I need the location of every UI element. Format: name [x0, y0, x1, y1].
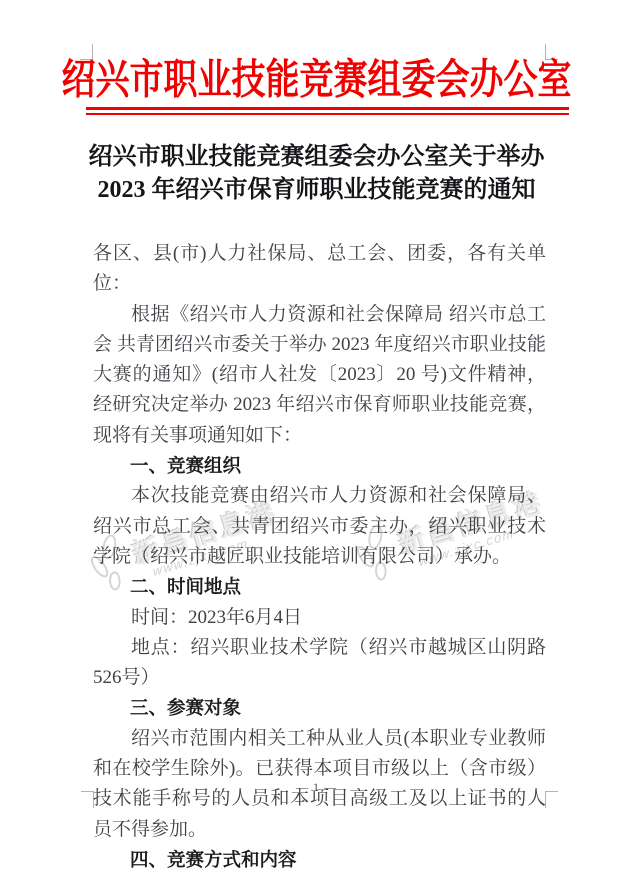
section-heading-2: 二、时间地点 — [93, 572, 546, 602]
section-1-paragraph: 本次技能竞赛由绍兴市人力资源和社会保障局、绍兴市总工会、共青团绍兴市委主办，绍兴… — [93, 481, 546, 572]
letterhead-rule-thick — [86, 107, 569, 110]
salutation-line: 各区、县(市)人力社保局、总工会、团委，各有关单位： — [93, 239, 546, 300]
notice-body: 各区、县(市)人力社保局、总工会、团委，各有关单位： 根据《绍兴市人力资源和社会… — [93, 239, 546, 873]
scanned-notice-page: { "document": { "letterhead": "绍兴市职业技能竞赛… — [0, 0, 633, 873]
letterhead-rule-thin — [86, 113, 569, 115]
notice-title: 绍兴市职业技能竞赛组委会办公室关于举办 2023 年绍兴市保育师职业技能竞赛的通… — [45, 141, 588, 207]
notice-title-line2: 2023 年绍兴市保育师职业技能竞赛的通知 — [45, 174, 588, 207]
section-heading-1: 一、竞赛组织 — [93, 451, 546, 481]
letterhead-title: 绍兴市职业技能竞赛组委会办公室 — [0, 46, 633, 106]
intro-paragraph: 根据《绍兴市人力资源和社会保障局 绍兴市总工会 共青团绍兴市委关于举办 2023… — [93, 300, 546, 451]
section-2-place-line: 地点：绍兴职业技术学院（绍兴市越城区山阴路526号） — [93, 633, 546, 694]
section-2-time-line: 时间：2023年6月4日 — [93, 603, 546, 633]
section-heading-3: 三、参赛对象 — [93, 693, 546, 723]
page-number: — 1 — — [0, 780, 633, 795]
section-heading-4: 四、竞赛方式和内容 — [93, 845, 546, 873]
notice-title-line1: 绍兴市职业技能竞赛组委会办公室关于举办 — [45, 141, 588, 174]
document-page: 新昌信息港 www.zjxc.com 新昌信息港 www.zjxc.com 绍兴… — [0, 0, 633, 873]
